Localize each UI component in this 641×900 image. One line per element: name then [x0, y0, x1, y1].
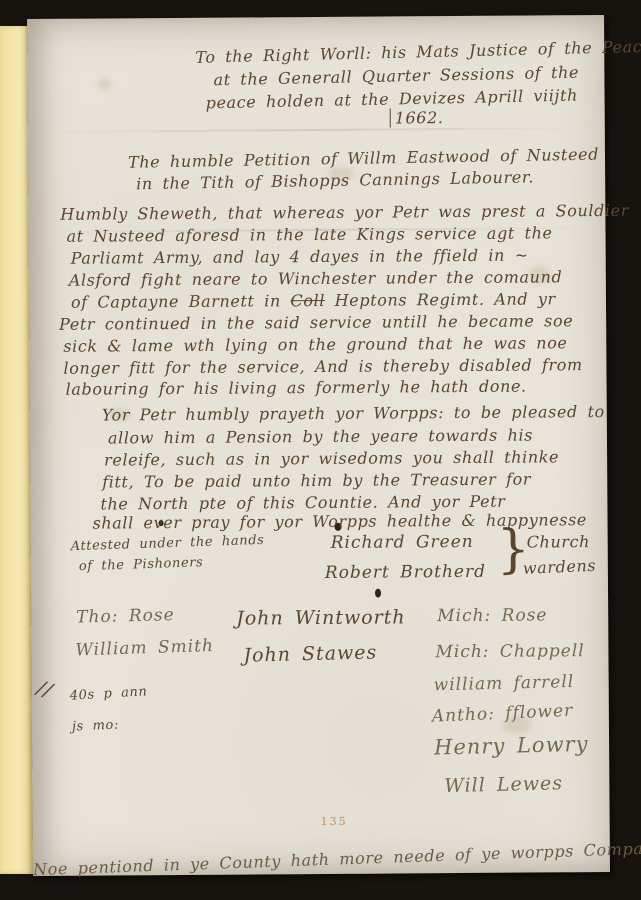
- churchwarden-signature-2: Robert Brotherd: [325, 562, 486, 583]
- signature-william-smith: William Smith: [75, 636, 214, 661]
- pencil-page-number: 135: [321, 815, 348, 828]
- photo-background: { "colors": { "background": "#17130f", "…: [0, 0, 641, 900]
- paper-crease: [28, 127, 605, 133]
- signature-tho-rose: Tho: Rose: [76, 605, 175, 627]
- body-line-3: Parliamt Army, and lay 4 dayes in the ff…: [71, 246, 529, 268]
- attestation-line-1: Attested under the hands: [70, 533, 264, 554]
- petition-page: To the Right Worll: his Mats Justice of …: [27, 15, 610, 876]
- body-line-1: Humbly Sheweth, that whereas yor Petr wa…: [60, 201, 629, 224]
- signature-william-farrell: william farrell: [433, 672, 574, 695]
- margin-note-line-2: js mo:: [72, 718, 120, 735]
- body-line-2: at Nusteed aforesd in the late Kings ser…: [66, 223, 552, 245]
- signature-will-lewes: Will Lewes: [444, 772, 563, 797]
- margin-note-line-1: 40s p ann: [69, 684, 147, 704]
- title-line-2: in the Tith of Bishopps Cannings Laboure…: [136, 167, 534, 193]
- body-line-5: of Captayne Barnett in Coll Heptons Regi…: [71, 289, 556, 311]
- body-line-8: longer fitt for the service, And is ther…: [63, 355, 582, 378]
- heading-line-2: at the Generall Quarter Sessions of the: [213, 63, 579, 90]
- signature-mich-rose: Mich: Rose: [437, 605, 547, 626]
- signature-john-wintworth: John Wintworth: [236, 606, 406, 629]
- body-line-4: Alsford fight neare to Winchester under …: [69, 267, 563, 289]
- margin-mark: //: [34, 675, 55, 702]
- body-line-9: labouring for his living as formerly he …: [66, 377, 527, 399]
- prayer-line-4: fitt, To be paid unto him by the Treasur…: [102, 470, 531, 492]
- signature-mich-chappell: Mich: Chappell: [435, 641, 584, 662]
- churchwarden-signature-1: Richard Green: [331, 532, 474, 553]
- body-line-5-struck-word: Coll: [290, 291, 325, 310]
- stain: [97, 78, 111, 90]
- prayer-line-1: Yor Petr humbly prayeth yor Worpps: to b…: [102, 402, 605, 425]
- signature-henry-lowry: Henry Lowry: [434, 732, 589, 760]
- prayer-line-2: allow him a Pension by the yeare towards…: [108, 426, 533, 448]
- ink-blot: [375, 589, 381, 598]
- churchwardens-label-2: wardens: [522, 556, 596, 578]
- body-line-7: sick & lame wth lying on the ground that…: [63, 333, 567, 356]
- body-line-5-post: Heptons Regimt. And yr: [325, 289, 556, 310]
- signature-antho-fflower: Antho: fflower: [432, 701, 574, 727]
- heading-date: 1662.: [390, 108, 444, 127]
- bottom-endorsement: Noe pentiond in ye County hath more need…: [33, 837, 641, 879]
- body-line-6: Petr continued in the said service until…: [59, 311, 573, 334]
- churchwardens-label-1: Church: [527, 532, 591, 551]
- body-line-5-pre: of Captayne Barnett in: [71, 291, 291, 312]
- prayer-line-3: releife, such as in yor wisedoms you sha…: [104, 447, 559, 469]
- attestation-line-2: of the Pishoners: [79, 555, 204, 574]
- signature-john-stawes: John Stawes: [243, 641, 377, 666]
